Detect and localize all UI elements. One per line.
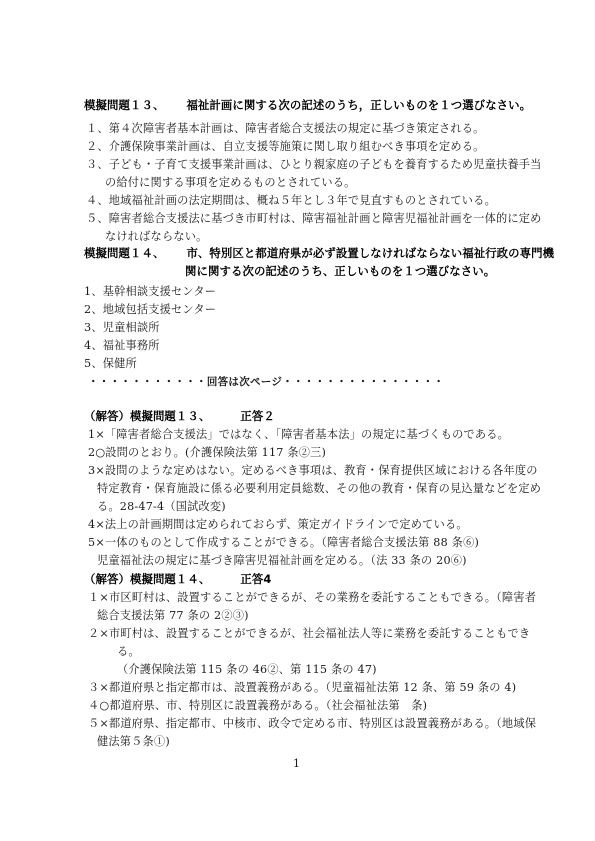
answer-14-line-1-cont: 総合支援法第 77 条の 2②③) — [97, 609, 249, 623]
question-13-option-5-cont: なければならない。 — [105, 230, 208, 244]
answer-14-line-3: ３×都道府県と指定都市は、設置義務がある。（児童福祉法第 12 条、第 59 条… — [88, 681, 516, 695]
answer-14-heading: （解答）模擬問題１４、正答4 — [84, 572, 271, 586]
question-13-title: 模擬問題１３、福祉計画に関する次の記述のうち，正しいものを１つ選びなさい。 — [84, 98, 531, 112]
answer-14-line-5-cont: 健法第５条①) — [97, 735, 170, 749]
answer-14-line-2-cont-2: （介護保険法第 115 条の 46②、第 115 条の 47) — [117, 663, 377, 677]
question-14-title: 模擬問題１４、市、特別区と都道府県が必ず設置しなければならない福祉行政の専門機 — [84, 246, 554, 260]
answer-13-correct: 正答２ — [240, 409, 274, 423]
answer-13-heading: （解答）模擬問題１３、正答２ — [84, 409, 275, 423]
question-13-option-4: ４、地域福祉計画の法定期間は、概ね５年とし３年で見直すものとされている。 — [86, 194, 496, 208]
answer-14-line-5: ５×都道府県、指定都市、中核市、政令で定める市、特別区は設置義務がある。（地域保 — [88, 717, 536, 731]
question-13-option-2: ２、介護保険事業計画は、自立支援等施策に関し取り組むべき事項を定める。 — [86, 140, 485, 154]
answer-next-page-separator: ・・・・・・・・・・・回答は次ページ・・・・・・・・・・・・・・・ — [88, 375, 444, 389]
answer-14-line-1: １×市区町村は、設置することができるが、その業務を委託することもできる。（障害者 — [88, 591, 536, 605]
answer-13-line-2: 2○設問のとおり。(介護保険法第 117 条②三) — [88, 446, 326, 460]
answer-14-correct: 正答4 — [240, 572, 271, 586]
answer-13-line-3-cont-1: 特定教育・保育施設に係る必要利用定員総数、その他の教育・保育の見込量などを定め — [97, 482, 541, 496]
page-number: 1 — [293, 757, 300, 770]
separator-label: 回答は次ページ — [207, 376, 282, 388]
question-14-option-5: 5、保健所 — [84, 357, 137, 371]
question-14-option-3: 3、児童相談所 — [84, 321, 160, 335]
question-14-number: 模擬問題１４、 — [84, 246, 164, 260]
separator-dots-right: ・・・・・・・・・・・・・・・ — [282, 376, 444, 388]
question-13-option-1: １、第４次障害者基本計画は、障害者総合支援法の規定に基づき策定される。 — [86, 122, 485, 136]
answer-13-line-3-cont-2: る。28-47-4（国試改変) — [97, 500, 226, 514]
answer-14-line-2-cont-1: る。 — [117, 645, 140, 659]
question-13-text: 福祉計画に関する次の記述のうち，正しいものを１つ選びなさい。 — [186, 98, 531, 112]
question-14-text: 市、特別区と都道府県が必ず設置しなければならない福祉行政の専門機 — [186, 246, 554, 260]
question-13-option-3: ３、子ども・子育て支援事業計画は、ひとり親家庭の子どもを養育するため児童扶養手当 — [86, 158, 542, 172]
answer-13-line-1: 1×「障害者総合支援法」ではなく、「障害者基本法」の規定に基づくものである。 — [88, 428, 509, 442]
answer-13-line-4: 4×法上の計画期間は定められておらず、策定ガイドラインで定めている。 — [88, 518, 468, 532]
answer-14-line-2: ２×市町村は、設置することができるが、社会福祉法人等に業務を委託することもでき — [88, 627, 530, 641]
question-14-option-2: 2、地域包括支援センター — [84, 303, 216, 317]
question-14-title-cont: 関に関する次の記述のうち、正しいものを１つ選びなさい。 — [185, 264, 495, 278]
answer-13-line-3: 3×設問のような定めはない。定めるべき事項は、教育・保育提供区域における各年度の — [88, 464, 538, 478]
question-14-option-4: 4、福祉事務所 — [84, 339, 160, 353]
question-14-option-1: 1、基幹相談支援センター — [84, 285, 216, 299]
document-page: 模擬問題１３、福祉計画に関する次の記述のうち，正しいものを１つ選びなさい。 １、… — [0, 0, 595, 841]
answer-13-line-5: 5×一体のものとして作成することができる。（障害者総合支援法第 88 条⑥) — [88, 536, 479, 550]
answer-13-line-5-cont: 児童福祉法の規定に基づき障害児福祉計画を定める。（法 33 条の 20⑥) — [97, 554, 467, 568]
question-13-option-5: ５、障害者総合支援法に基づき市町村は、障害福祉計画と障害児福祉計画を一体的に定め — [86, 212, 542, 226]
question-13-option-3-cont: の給付に関する事項を定めるものとされている。 — [105, 176, 356, 190]
answer-14-line-4: ４○都道府県、市、特別区に設置義務がある。（社会福祉法第 条) — [88, 699, 427, 713]
answer-13-title: （解答）模擬問題１３、 — [84, 409, 210, 423]
answer-14-title: （解答）模擬問題１４、 — [84, 572, 210, 586]
separator-dots-left: ・・・・・・・・・・・ — [88, 376, 207, 388]
question-13-number: 模擬問題１３、 — [84, 98, 164, 112]
